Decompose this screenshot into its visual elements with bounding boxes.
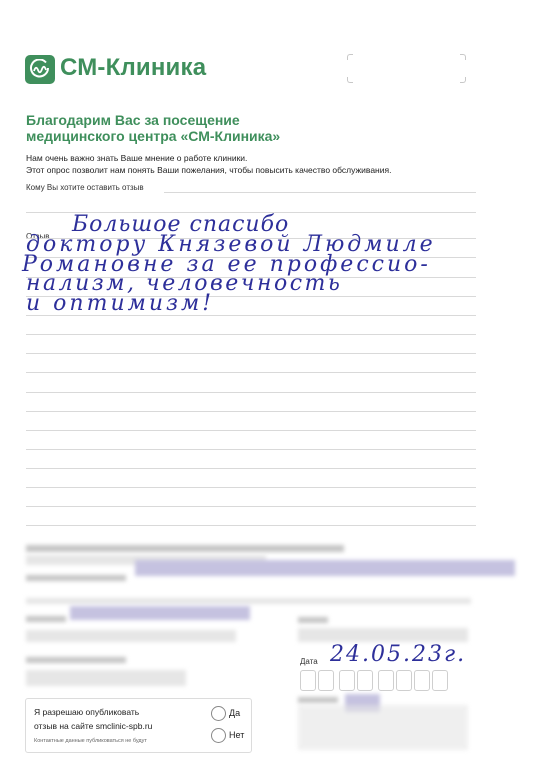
ruled-line	[26, 430, 476, 431]
consent-text-2: отзыв на сайте smclinic-spb.ru	[34, 721, 152, 731]
date-digit-box[interactable]	[357, 670, 373, 691]
sm-logo-icon	[25, 55, 55, 84]
brand-name: СМ-Клиника	[60, 54, 206, 82]
radio-no-label: Нет	[229, 730, 244, 740]
intro-line-2: Этот опрос позволит нам понять Ваши поже…	[26, 164, 391, 176]
page-title: Благодарим Вас за посещение медицинского…	[26, 112, 280, 144]
date-digit-box[interactable]	[300, 670, 316, 691]
ruled-line	[26, 468, 476, 469]
title-line-2: медицинского центра «СМ-Клиника»	[26, 128, 280, 144]
radio-no[interactable]	[211, 728, 226, 743]
redacted-handwriting	[135, 560, 515, 576]
date-digit-box[interactable]	[396, 670, 412, 691]
redacted-field	[26, 598, 471, 604]
redacted-label	[298, 697, 338, 703]
redacted-field	[26, 670, 186, 686]
radio-yes[interactable]	[211, 706, 226, 721]
ruled-line	[26, 334, 476, 335]
date-digit-box[interactable]	[432, 670, 448, 691]
redacted-field	[26, 630, 236, 642]
ruled-line	[26, 392, 476, 393]
date-handwriting: 24.05.23г.	[330, 642, 466, 667]
title-line-1: Благодарим Вас за посещение	[26, 112, 280, 128]
redacted-label	[26, 657, 126, 663]
redacted-label	[26, 575, 126, 581]
recipient-label: Кому Вы хотите оставить отзыв	[26, 183, 144, 192]
ruled-line	[26, 506, 476, 507]
redacted-label	[298, 617, 328, 623]
redacted-field	[298, 628, 468, 642]
review-line: и оптимизм!	[26, 291, 214, 316]
redacted-text	[26, 545, 344, 552]
publish-consent-box: Я разрешаю опубликовать отзыв на сайте s…	[25, 698, 252, 753]
consent-note: Контактные данные публиковаться не будут	[34, 738, 147, 744]
redacted-handwriting	[70, 606, 250, 620]
consent-text-1: Я разрешаю опубликовать	[34, 707, 139, 717]
barcode-area	[347, 54, 466, 83]
date-digit-box[interactable]	[414, 670, 430, 691]
radio-yes-label: Да	[229, 708, 240, 718]
date-digit-box[interactable]	[339, 670, 355, 691]
ruled-line	[26, 353, 476, 354]
intro-text: Нам очень важно знать Ваше мнение о рабо…	[26, 152, 391, 176]
ruled-line	[26, 487, 476, 488]
date-label: Дата	[300, 657, 318, 666]
ruled-line	[26, 372, 476, 373]
date-digit-box[interactable]	[378, 670, 394, 691]
ruled-line	[26, 449, 476, 450]
redacted-label	[26, 616, 66, 622]
intro-line-1: Нам очень важно знать Ваше мнение о рабо…	[26, 152, 391, 164]
ruled-line	[26, 525, 476, 526]
date-digit-box[interactable]	[318, 670, 334, 691]
recipient-field[interactable]	[164, 192, 476, 193]
ruled-line	[26, 411, 476, 412]
signature-field	[298, 705, 468, 750]
